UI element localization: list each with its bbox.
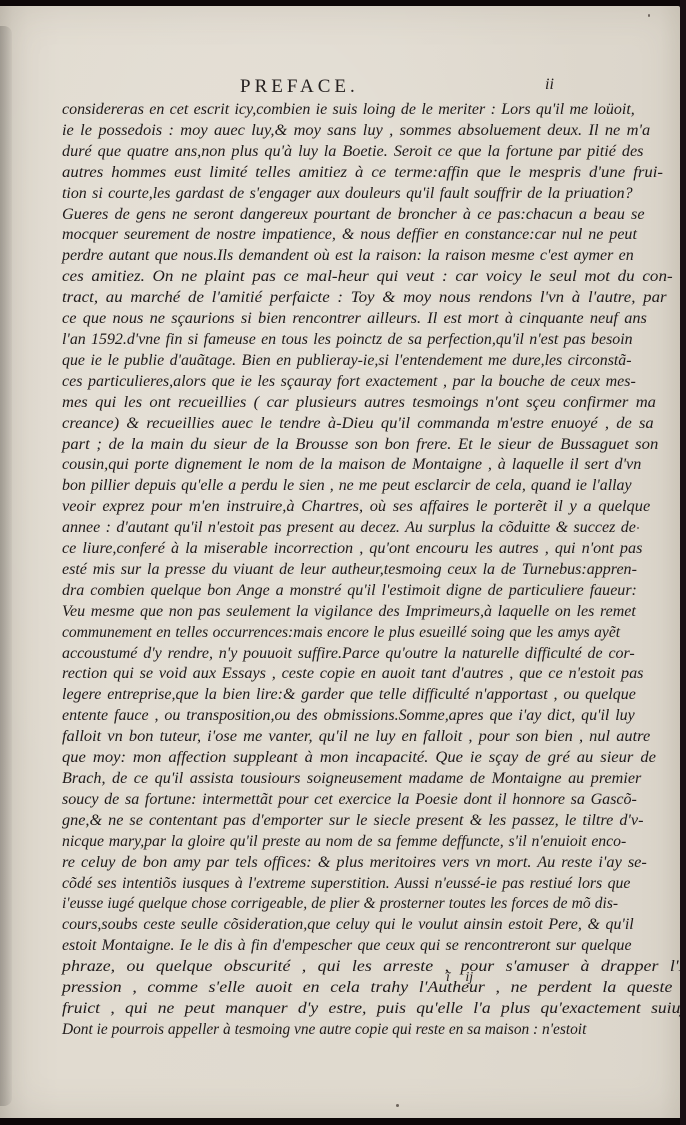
- text-line: cours,soubs ceste seulle cõsideration,qu…: [62, 915, 634, 936]
- text-line: annee : d'autant qu'il n'estoit pas pres…: [62, 518, 636, 539]
- gutter-shadow: [0, 26, 12, 1106]
- text-line: legere entreprise,que la bien lire:& gar…: [62, 685, 636, 706]
- text-line: Brach, de ce qu'il assista tousiours soi…: [62, 769, 641, 790]
- text-line: rection qui se void aux Essays , ceste c…: [62, 664, 643, 685]
- signature-mark: ĩ ij: [446, 970, 473, 986]
- text-line: l'an 1592.d'vne fin si fameuse en tous l…: [62, 330, 633, 351]
- text-line: perdre autant que nous.Ils demandent où …: [62, 246, 634, 267]
- text-line: bon pillier depuis qu'elle a perdu le si…: [62, 476, 632, 497]
- text-line: falloit vn bon tuteur, i'ose me vanter, …: [62, 727, 650, 748]
- text-line: autres hommes eust limité telles amitiez…: [62, 163, 663, 184]
- text-line: ce que nous ne sçaurions si bien rencont…: [62, 309, 647, 330]
- text-line: tract, au marché de l'amitié perfaicte :…: [62, 288, 667, 309]
- body-text: considereras en cet escrit icy,combien i…: [62, 100, 614, 1041]
- text-line: Veu mesme que non pas seulement la vigil…: [62, 602, 636, 623]
- text-line: mocquer seurement de nostre impatience, …: [62, 225, 637, 246]
- text-line: cõdé ses intentiõs iusques à l'extreme s…: [62, 874, 630, 895]
- text-line: duré que quatre ans,non plus qu'à luy la…: [62, 142, 643, 163]
- text-line: Dont ie pourrois appeller à tesmoing vne…: [62, 1020, 614, 1041]
- text-line: que ie le publie d'auãtage. Bien en publ…: [62, 351, 632, 372]
- book-page: PREFACE. ii considereras en cet escrit i…: [0, 6, 680, 1118]
- paper-speck: [648, 14, 650, 17]
- text-line: creance) & recueillies auec le tendre à-…: [62, 414, 654, 435]
- text-line: que moy: mon affection suppleant à mon i…: [62, 748, 656, 769]
- text-line: re celuy de bon amy par tels offices: & …: [62, 853, 647, 874]
- text-line: Gueres de gens ne seront dangereux pourt…: [62, 205, 645, 226]
- text-line: ce liure,conferé à la miserable incorrec…: [62, 539, 642, 560]
- scan-edge: [680, 0, 686, 1125]
- text-line: nicque mary,par la gloire qu'il preste a…: [62, 832, 626, 853]
- paper-speck: [396, 1104, 399, 1107]
- text-line: veoir exprez pour m'en instruire,à Chart…: [62, 497, 650, 518]
- running-head: PREFACE. ii: [0, 76, 680, 100]
- scanned-page-view: PREFACE. ii considereras en cet escrit i…: [0, 0, 686, 1125]
- text-line: gne,& ne se contentant pas d'emporter su…: [62, 811, 643, 832]
- paper-speck: [637, 527, 639, 529]
- text-line: dra combien quelque bon Ange a monstré q…: [62, 581, 637, 602]
- running-title: PREFACE.: [240, 76, 359, 98]
- text-line: soucy de sa fortune: intermettãt pour ce…: [62, 790, 637, 811]
- text-line: phraze, ou quelque obscurité , qui les a…: [62, 957, 686, 978]
- text-line: part ; de la main du sieur de la Brousse…: [62, 435, 658, 456]
- text-line: accoustumé d'y rendre, n'y pouuoit suffi…: [62, 644, 635, 665]
- text-line: fruict , qui ne peut manquer d'y estre, …: [62, 999, 686, 1020]
- text-line: entente fauce , ou transposition,ou des …: [62, 706, 635, 727]
- text-line: mes qui les ont recueillies ( car plusie…: [62, 393, 656, 414]
- text-line: ces particulieres,alors que ie les sçaur…: [62, 372, 636, 393]
- page-number: ii: [545, 76, 554, 94]
- text-line: pression , comme s'elle auoit en cela tr…: [62, 978, 686, 999]
- text-line: i'eusse iugé quelque chose corrigeable, …: [62, 894, 618, 915]
- text-line: estoit Montaigne. Ie le dis à fin d'empe…: [62, 936, 632, 957]
- text-line: cousin,qui porte dignement le nom de la …: [62, 455, 641, 476]
- text-line: communement en telles occurrences:mais e…: [62, 623, 620, 644]
- text-line: esté mis sur la presse du viuant de leur…: [62, 560, 637, 581]
- text-line: ces amitiez. On ne plaint pas ce mal-heu…: [62, 267, 673, 288]
- text-line: ie le possedois : moy auec luy,& moy san…: [62, 121, 650, 142]
- text-line: considereras en cet escrit icy,combien i…: [62, 100, 635, 121]
- text-line: tion si courte,les gardast de s'engager …: [62, 184, 633, 205]
